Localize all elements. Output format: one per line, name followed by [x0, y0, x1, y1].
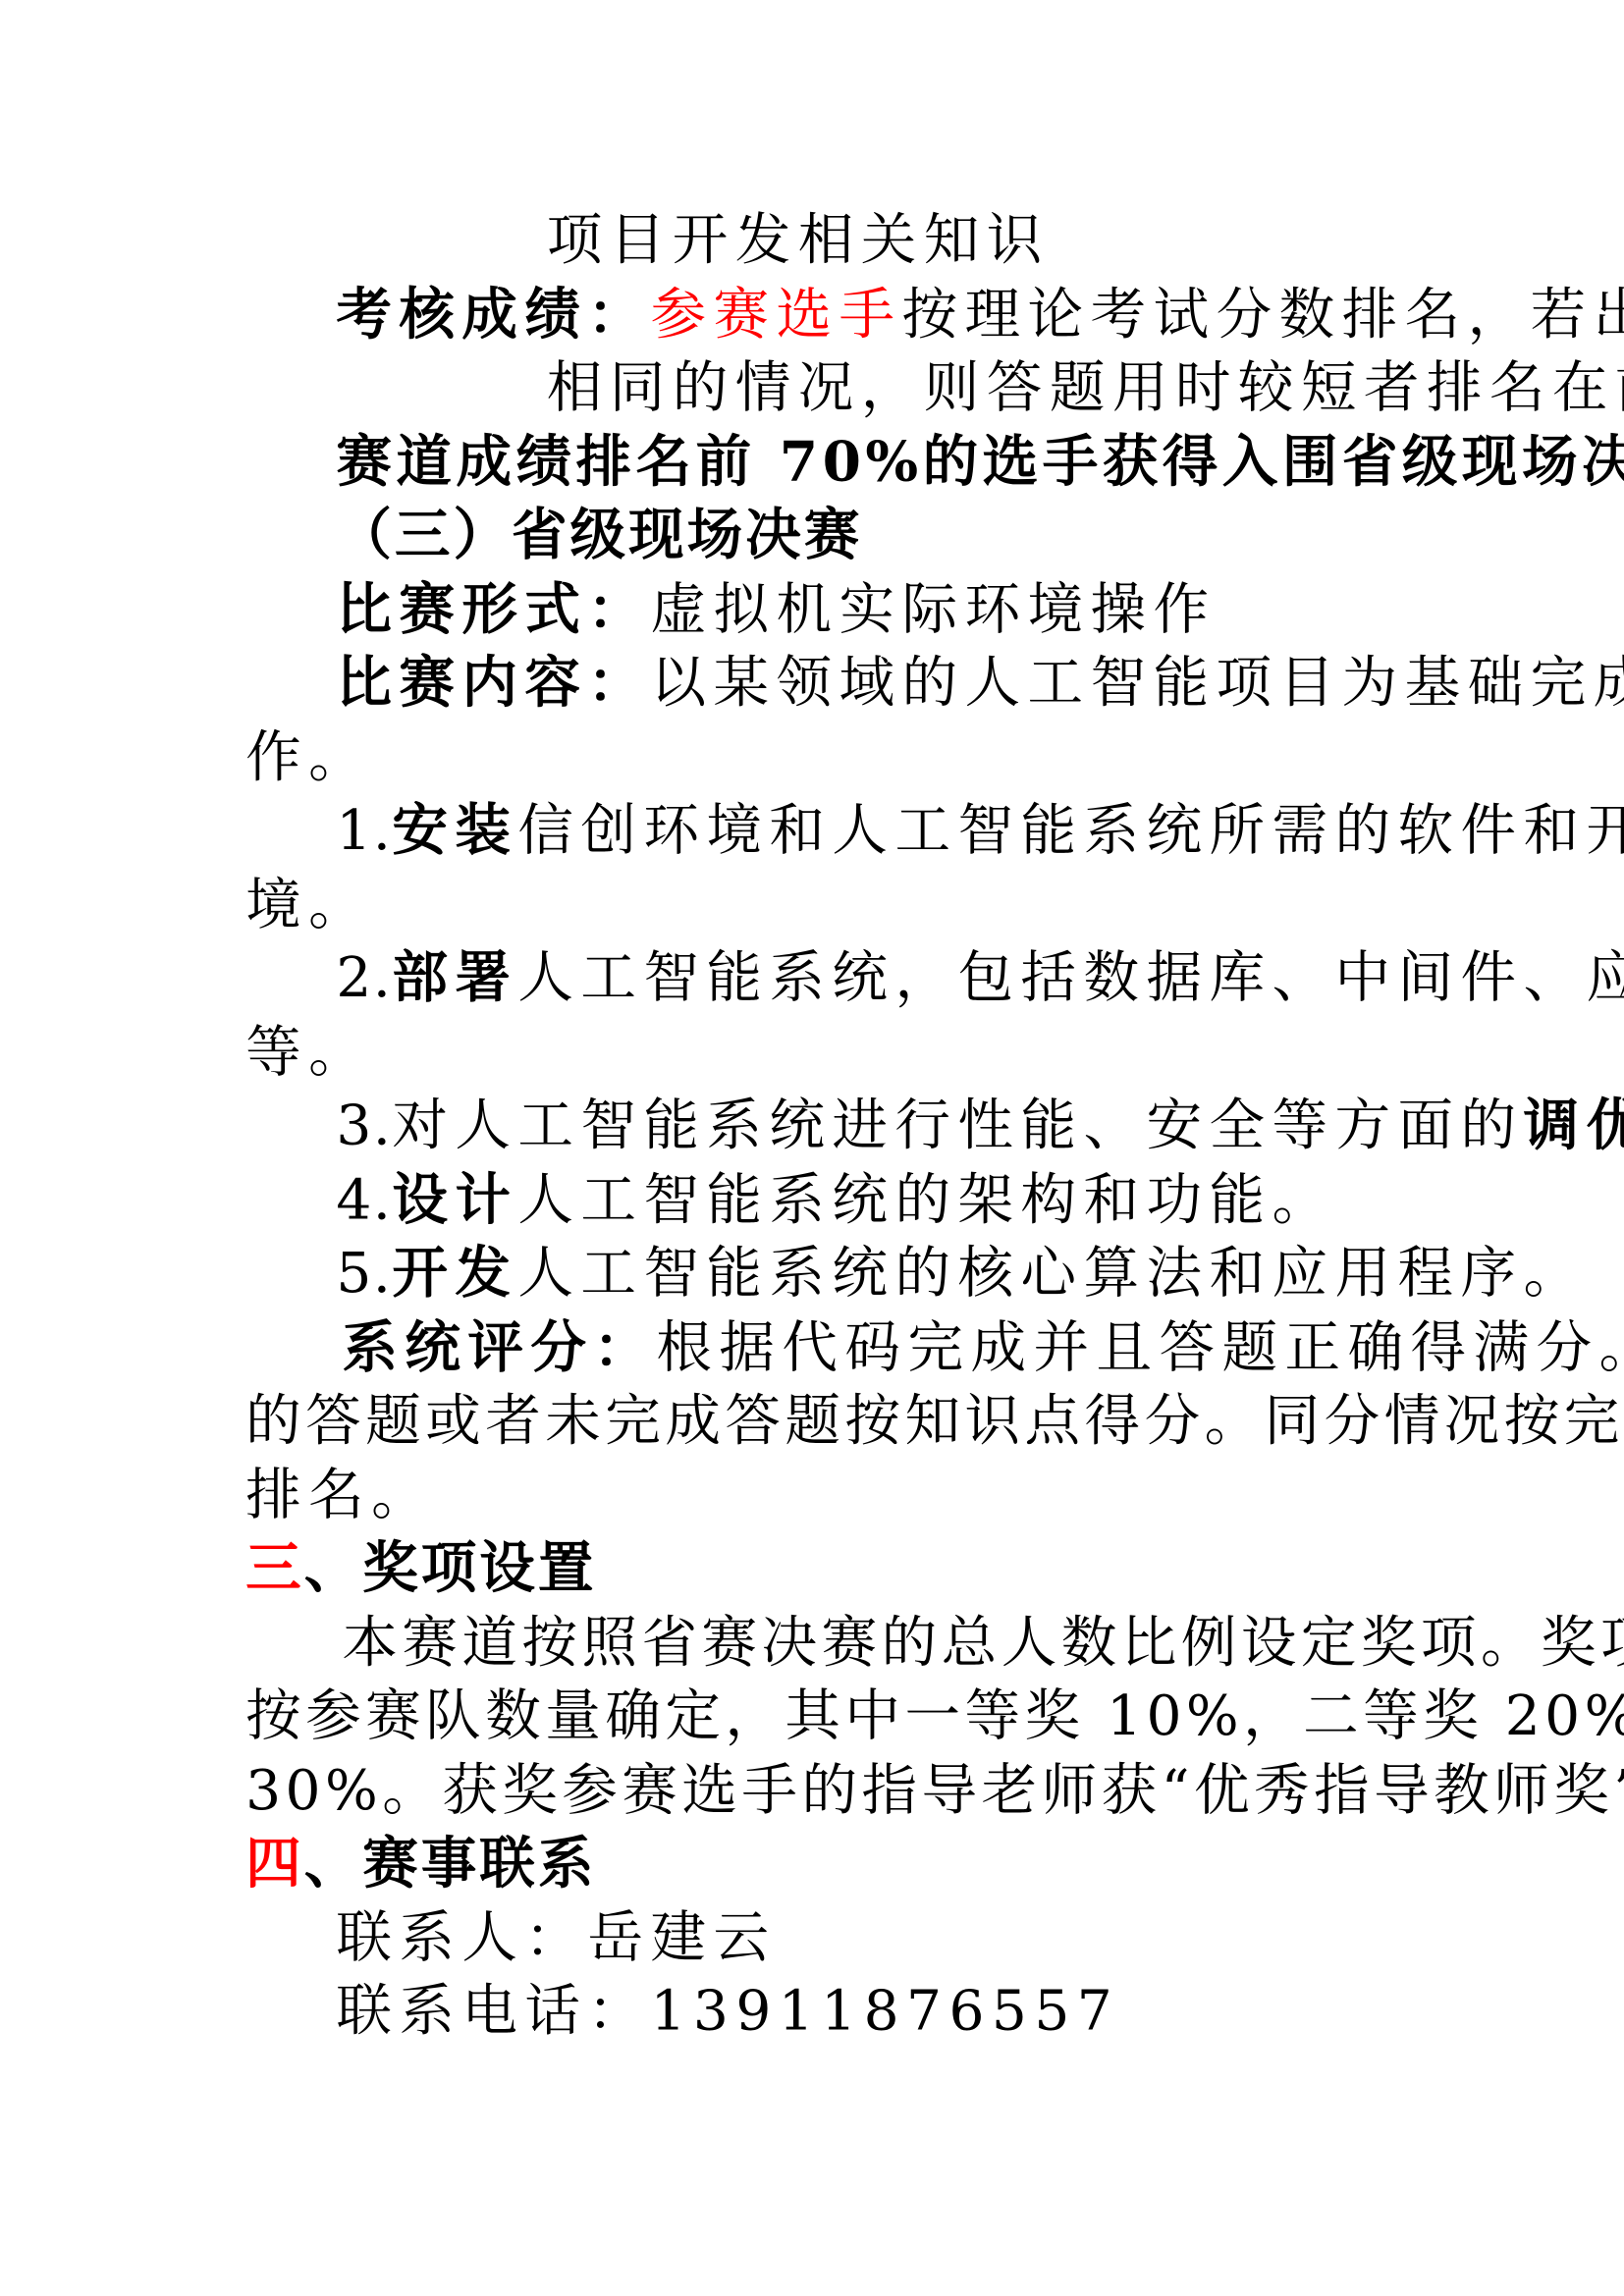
provincial-final-title-text: （三）省级现场决赛 — [336, 503, 862, 566]
task-2-text-2: 等。 — [245, 1020, 371, 1084]
format-value: 虚拟机实际环境操作 — [650, 577, 1216, 641]
task-4-line: 4.设计人工智能系统的架构和功能。 — [336, 1164, 1334, 1234]
contact-heading: 四、赛事联系 — [245, 1828, 596, 1897]
assessment-line-1: 考核成绩：参赛选手按理论考试分数排名，若出现分数 — [336, 279, 1624, 348]
task-2-line-2: 等。 — [245, 1017, 371, 1087]
scoring-line-2: 的答题或者未完成答题按知识点得分。同分情况按完成时间 — [245, 1385, 1624, 1455]
knowledge-tail-text: 项目开发相关知识 — [547, 207, 1050, 271]
task-2-line-1: 2.部署人工智能系统，包括数据库、中间件、应用程序 — [336, 942, 1624, 1012]
task-1-text-2: 境。 — [245, 873, 371, 936]
task-3-prefix: 对人工智能系统进行性能、安全等方面的 — [392, 1093, 1523, 1156]
contact-heading-title: 、赛事联系 — [304, 1831, 597, 1895]
contact-heading-number: 四 — [245, 1831, 304, 1895]
task-2-keyword: 部署 — [392, 944, 517, 1010]
document-page: 项目开发相关知识 考核成绩：参赛选手按理论考试分数排名，若出现分数 相同的情况，… — [0, 0, 1624, 2296]
task-1-line-1: 1.安装信创环境和人工智能系统所需的软件和开发环 — [336, 795, 1624, 865]
task-5-line: 5.开发人工智能系统的核心算法和应用程序。 — [336, 1238, 1586, 1308]
content-value-1: 以某领域的人工智能项目为基础完成以下操 — [650, 650, 1624, 714]
task-1-number: 1. — [336, 798, 392, 862]
task-3-line: 3.对人工智能系统进行性能、安全等方面的调优。 — [336, 1090, 1624, 1159]
assessment-text-2: 相同的情况，则答题用时较短者排名在前。 — [547, 355, 1624, 419]
task-5-text: 人工智能系统的核心算法和应用程序。 — [517, 1241, 1586, 1305]
content-line-1: 比赛内容：以某领域的人工智能项目为基础完成以下操 — [336, 647, 1624, 717]
content-value-2: 作。 — [245, 724, 371, 788]
contact-person-line: 联系人：岳建云 — [336, 1902, 776, 1972]
awards-heading: 三、奖项设置 — [245, 1533, 596, 1603]
scoring-text-3: 排名。 — [245, 1463, 434, 1526]
knowledge-tail-line: 项目开发相关知识 — [547, 204, 1050, 274]
contact-person-name: 岳建云 — [587, 1905, 776, 1969]
format-line: 比赛形式：虚拟机实际环境操作 — [336, 574, 1216, 644]
awards-text-3: 30%。获奖参赛选手的指导老师获“优秀指导教师奖” — [245, 1758, 1624, 1822]
content-label: 比赛内容： — [336, 649, 650, 715]
scoring-label: 系统评分： — [342, 1313, 656, 1379]
awards-line-3: 30%。获奖参赛选手的指导老师获“优秀指导教师奖” — [245, 1755, 1624, 1825]
qualification-line: 赛道成绩排名前 70%的选手获得入围省级现场决赛资格。 — [336, 427, 1624, 497]
contact-phone-label: 联系电话： — [336, 1979, 650, 2043]
contact-person-label: 联系人： — [336, 1905, 587, 1969]
contact-phone-number: 13911876557 — [650, 1979, 1119, 2043]
awards-line-1: 本赛道按照省赛决赛的总人数比例设定奖项。奖项设置 — [342, 1607, 1624, 1677]
assessment-text-1: 按理论考试分数排名，若出现分数 — [902, 282, 1624, 346]
task-2-number: 2. — [336, 945, 392, 1009]
task-1-text-1: 信创环境和人工智能系统所需的软件和开发环 — [517, 798, 1624, 862]
assessment-line-2: 相同的情况，则答题用时较短者排名在前。 — [547, 352, 1624, 422]
assessment-highlight: 参赛选手 — [650, 282, 901, 346]
task-3-number: 3. — [336, 1093, 392, 1156]
task-4-keyword: 设计 — [392, 1166, 517, 1232]
assessment-label: 考核成绩： — [336, 281, 650, 347]
task-1-keyword: 安装 — [392, 796, 517, 862]
awards-text-1: 本赛道按照省赛决赛的总人数比例设定奖项。奖项设置 — [342, 1610, 1624, 1674]
task-3-keyword: 调优 — [1524, 1092, 1624, 1157]
qualification-text: 赛道成绩排名前 70%的选手获得入围省级现场决赛资格。 — [336, 428, 1624, 494]
scoring-text-1: 根据代码完成并且答题正确得满分。有错误 — [656, 1315, 1624, 1379]
format-label: 比赛形式： — [336, 576, 650, 642]
task-2-text-1: 人工智能系统，包括数据库、中间件、应用程序 — [517, 945, 1624, 1009]
content-line-2: 作。 — [245, 721, 371, 791]
task-4-text: 人工智能系统的架构和功能。 — [517, 1167, 1334, 1231]
awards-heading-number: 三 — [245, 1536, 304, 1600]
awards-line-2: 按参赛队数量确定，其中一等奖 10%，二等奖 20%，三等奖 — [245, 1681, 1624, 1750]
awards-text-2: 按参赛队数量确定，其中一等奖 10%，二等奖 20%，三等奖 — [245, 1683, 1624, 1747]
contact-phone-line: 联系电话：13911876557 — [336, 1976, 1119, 2046]
scoring-line-3: 排名。 — [245, 1460, 434, 1529]
awards-heading-title: 、奖项设置 — [304, 1536, 597, 1600]
scoring-text-2: 的答题或者未完成答题按知识点得分。同分情况按完成时间 — [245, 1388, 1624, 1452]
task-4-number: 4. — [336, 1167, 392, 1231]
scoring-line-1: 系统评分：根据代码完成并且答题正确得满分。有错误 — [342, 1312, 1624, 1382]
provincial-final-title: （三）省级现场决赛 — [336, 500, 862, 569]
task-5-number: 5. — [336, 1241, 392, 1305]
task-5-keyword: 开发 — [392, 1239, 517, 1305]
task-1-line-2: 境。 — [245, 870, 371, 939]
